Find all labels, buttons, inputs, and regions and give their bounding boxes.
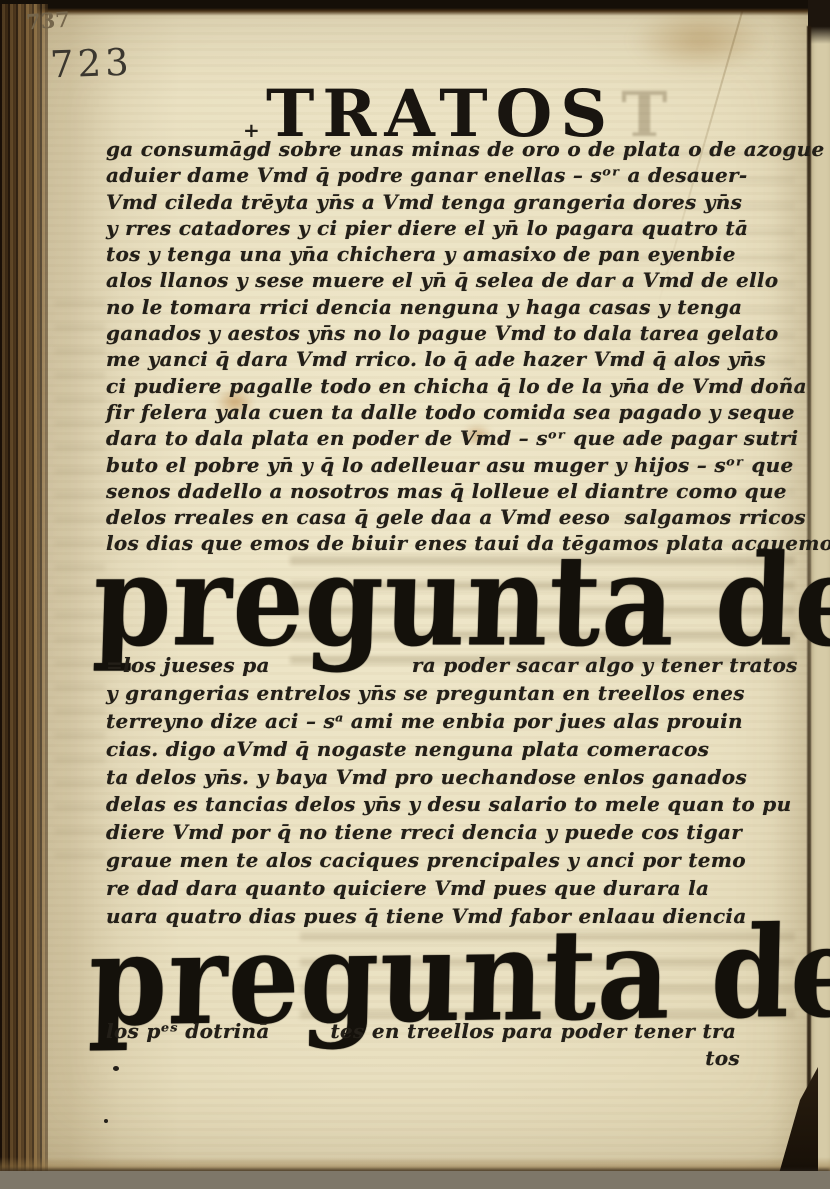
book-top-edge	[0, 0, 830, 16]
manuscript-line: alos llanos y sese muere el yn̄ q̄ selea…	[106, 267, 806, 293]
manuscript-line: terreyno dize aci – sᵃ ami me enbia por …	[106, 708, 806, 736]
manuscript-line: me yanci q̄ dara Vmd rrico. lo q̄ ade ha…	[106, 346, 806, 372]
table-background	[0, 1171, 830, 1189]
manuscript-line: diere Vmd por q̄ no tiene rreci dencia y…	[106, 819, 806, 847]
manuscript-line: delos rreales en casa q̄ gele daa a Vmd …	[106, 504, 806, 530]
manuscript-line: dara to dala plata en poder de Vmd – sᵒʳ…	[106, 425, 806, 451]
manuscript-line: =los jueses pa ra poder sacar algo y ten…	[106, 652, 806, 680]
manuscript-line: fir felera yala cuen ta dalle todo comid…	[106, 399, 806, 425]
heading-pregunta-1: pregunta de	[92, 548, 830, 656]
manuscript-line: ga consumāgd sobre unas minas de oro o d…	[106, 136, 806, 162]
manuscript-line: y grangerias entrelos yn̄s se preguntan …	[106, 680, 806, 708]
manuscript-line: graue men te alos caciques prencipales y…	[106, 847, 806, 875]
manuscript-line: ta delos yn̄s. y baya Vmd pro uechandose…	[106, 764, 806, 792]
book-gutter	[0, 4, 48, 1171]
catchword: tos	[106, 1045, 806, 1072]
manuscript-line: tos y tenga una yn̄a chichera y amasixo …	[106, 241, 806, 267]
manuscript-line: no le tomara rrici dencia nenguna y haga…	[106, 294, 806, 320]
manuscript-line: Vmd cileda trēyta yn̄s a Vmd tenga grang…	[106, 189, 806, 215]
manuscript-page: 737 723 TRATOST + ga consumāgd sobre una…	[0, 0, 830, 1189]
page-corner-shadow	[808, 0, 830, 44]
manuscript-line: buto el pobre yn̄ y q̄ lo adelleuar asu …	[106, 452, 806, 478]
paragraph-block-3: los pᵉˢ dotrinā tes en treellos para pod…	[106, 1018, 806, 1072]
manuscript-line: y rres catadores y ci pier diere el yn̄ …	[106, 215, 806, 241]
manuscript-line: re dad dara quanto quiciere Vmd pues que…	[106, 875, 806, 903]
folio-number-secondary: 737	[25, 7, 70, 35]
manuscript-line: delas es tancias delos yn̄s y desu salar…	[106, 791, 806, 819]
manuscript-line: ganados y aestos yn̄s no lo pague Vmd to…	[106, 320, 806, 346]
manuscript-line: aduier dame Vmd q̄ podre ganar enellas –…	[106, 162, 806, 188]
paragraph-block-1: ga consumāgd sobre unas minas de oro o d…	[106, 136, 806, 557]
ink-speck	[104, 1119, 108, 1123]
paragraph-block-2: =los jueses pa ra poder sacar algo y ten…	[106, 652, 806, 931]
manuscript-line: ci pudiere pagalle todo en chicha q̄ lo …	[106, 373, 806, 399]
manuscript-line: senos dadello a nosotros mas q̄ lolleue …	[106, 478, 806, 504]
manuscript-line: cias. digo aVmd q̄ nogaste nenguna plata…	[106, 736, 806, 764]
folio-number-primary: 723	[49, 41, 133, 87]
manuscript-line: los pᵉˢ dotrinā tes en treellos para pod…	[106, 1018, 806, 1045]
